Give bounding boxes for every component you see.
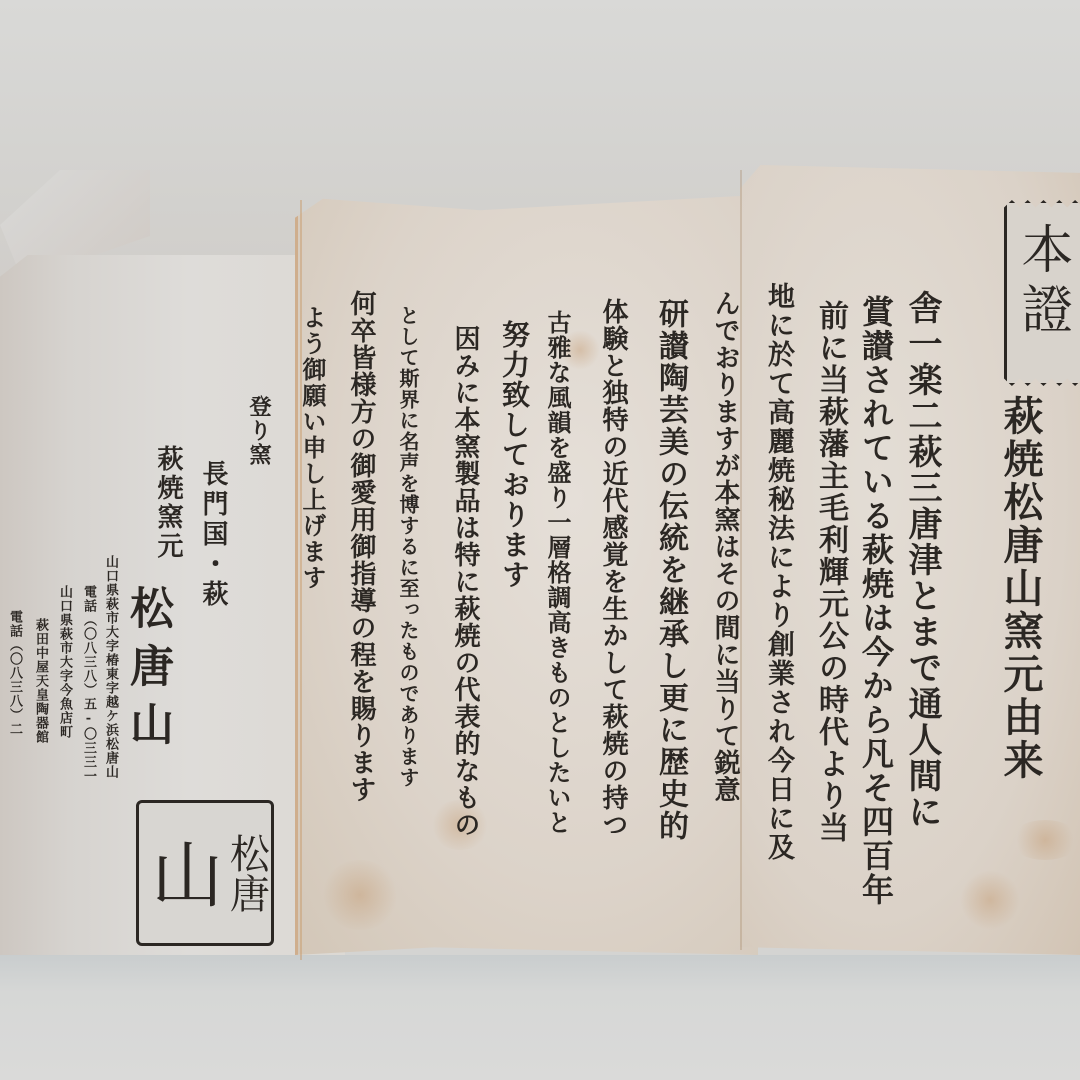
body-column: 古雅な風韻を盛り一層格調高きものとしたいと [545,310,569,835]
body-column: 因みに本窯製品は特に萩焼の代表的なもの [452,325,478,838]
body-column: 何卒皆様方の御愛用御指導の程を賜ります [348,290,374,803]
address-line: 電話（〇八三八）二 [8,610,21,736]
body-column: 舎一楽二萩三唐津とまで通人間に [905,290,939,830]
address-line: 山口県萩市大字椿東字越ケ浜松唐山 [104,555,117,779]
signature-place: 長門国・萩 [200,460,226,610]
signature-kiln-name: 松唐山 [125,585,169,759]
body-column: として斯界に名声を博するに至ったものであります [398,305,418,788]
body-column: 努力致しております [500,320,528,590]
body-column: んでおりますが本窯はその間に当りて鋭意 [712,290,738,803]
document-title: 萩焼松唐山窯元由来 [1000,395,1040,782]
certificate-badge: 本證 [1016,222,1068,342]
fold-crease [740,170,742,950]
address-line: 萩田中屋天皇陶器館 [34,618,47,744]
body-column: よう御願い申し上げます [300,305,324,591]
kiln-seal-stamp: 松唐 山 [136,800,274,946]
age-stain [320,860,400,930]
age-stain [1010,820,1080,860]
body-column: 前に当萩藩主毛利輝元公の時代より当 [815,300,845,844]
body-column: 研讃陶芸美の伝統を継承し更に歴史的 [655,298,685,842]
address-line: 電話（〇八三八）五-〇三三一 [82,585,95,783]
signature-prefix: 登り窯 [248,395,270,467]
age-stain [960,870,1020,930]
seal-char-yama: 山 [143,837,219,909]
address-line: 山口県萩市大字今魚店町 [58,585,71,739]
signature-kiln-label: 萩焼窯元 [155,445,181,561]
background-surface-bottom [0,955,1080,1080]
seal-char-matsu-kara: 松唐 [225,833,267,913]
body-column: 地に於て高麗焼秘法により創業され今日に及 [765,282,792,862]
body-column: 賞讃されている萩焼は今から凡そ四百年 [860,295,892,907]
body-column: 体験と独特の近代感覚を生かして萩焼の持つ [600,298,626,838]
